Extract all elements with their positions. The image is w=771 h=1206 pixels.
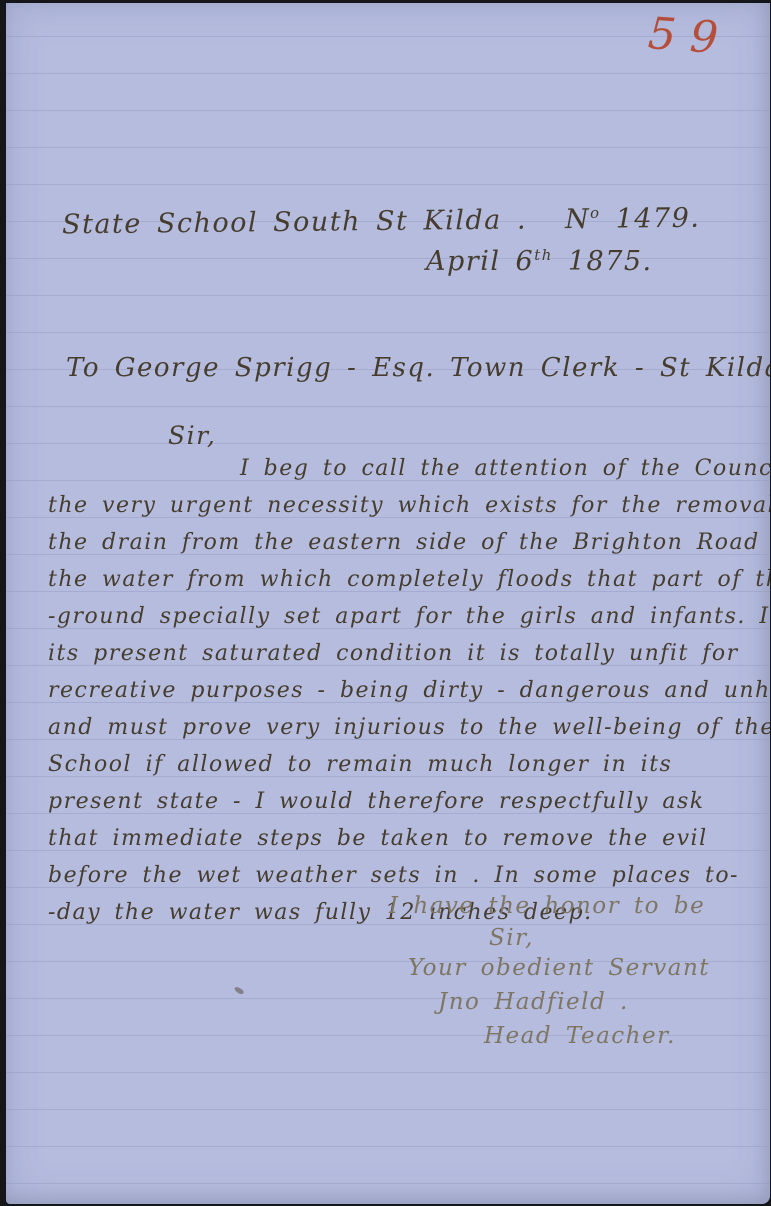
folio-number: 59 xyxy=(646,8,733,65)
date-superscript: th xyxy=(534,246,553,264)
body-line: School if allowed to remain much longer … xyxy=(48,746,763,783)
body-line: that immediate steps be taken to remove … xyxy=(48,820,763,857)
scanned-letter-page: { "document": { "type": "handwritten-let… xyxy=(0,0,771,1206)
body-line: before the wet weather sets in . In some… xyxy=(48,857,763,894)
closing-sir: Sir, xyxy=(489,925,534,951)
school-name: State School South St Kilda . xyxy=(62,204,527,240)
school-number: 1479. xyxy=(600,203,700,235)
letterhead-line: State School South St Kilda .No 1479. xyxy=(62,203,701,241)
body-line: recreative purposes - being dirty - dang… xyxy=(48,672,763,709)
body-line: -ground specially set apart for the girl… xyxy=(48,598,763,635)
closing-honor-line: I have the honor to be xyxy=(389,893,705,919)
body-line: its present saturated condition it is to… xyxy=(48,635,763,672)
letter-paper: 59 State School South St Kilda .No 1479.… xyxy=(6,3,770,1204)
recipient-line: To George Sprigg - Esq. Town Clerk - St … xyxy=(66,353,770,383)
ink-smudge xyxy=(233,986,244,996)
body-line: and must prove very injurious to the wel… xyxy=(48,709,763,746)
body-line: present state - I would therefore respec… xyxy=(48,783,763,820)
signature-title: Head Teacher. xyxy=(484,1023,676,1049)
body-line: the water from which completely floods t… xyxy=(48,561,763,598)
date-year: 1875. xyxy=(553,246,653,277)
salutation: Sir, xyxy=(168,421,216,450)
body-line: the very urgent necessity which exists f… xyxy=(48,487,763,524)
body-line: I beg to call the attention of the Counc… xyxy=(48,450,763,487)
school-number-superscript: o xyxy=(590,204,601,222)
body-line: the drain from the eastern side of the B… xyxy=(48,524,763,561)
school-number-prefix: N xyxy=(565,204,590,235)
signature-name: Jno Hadfield . xyxy=(438,989,629,1015)
letter-date: April 6th 1875. xyxy=(426,246,653,277)
letter-body: I beg to call the attention of the Counc… xyxy=(48,450,763,931)
date-day: April 6 xyxy=(426,246,534,277)
closing-obedient-servant: Your obedient Servant xyxy=(408,955,710,981)
